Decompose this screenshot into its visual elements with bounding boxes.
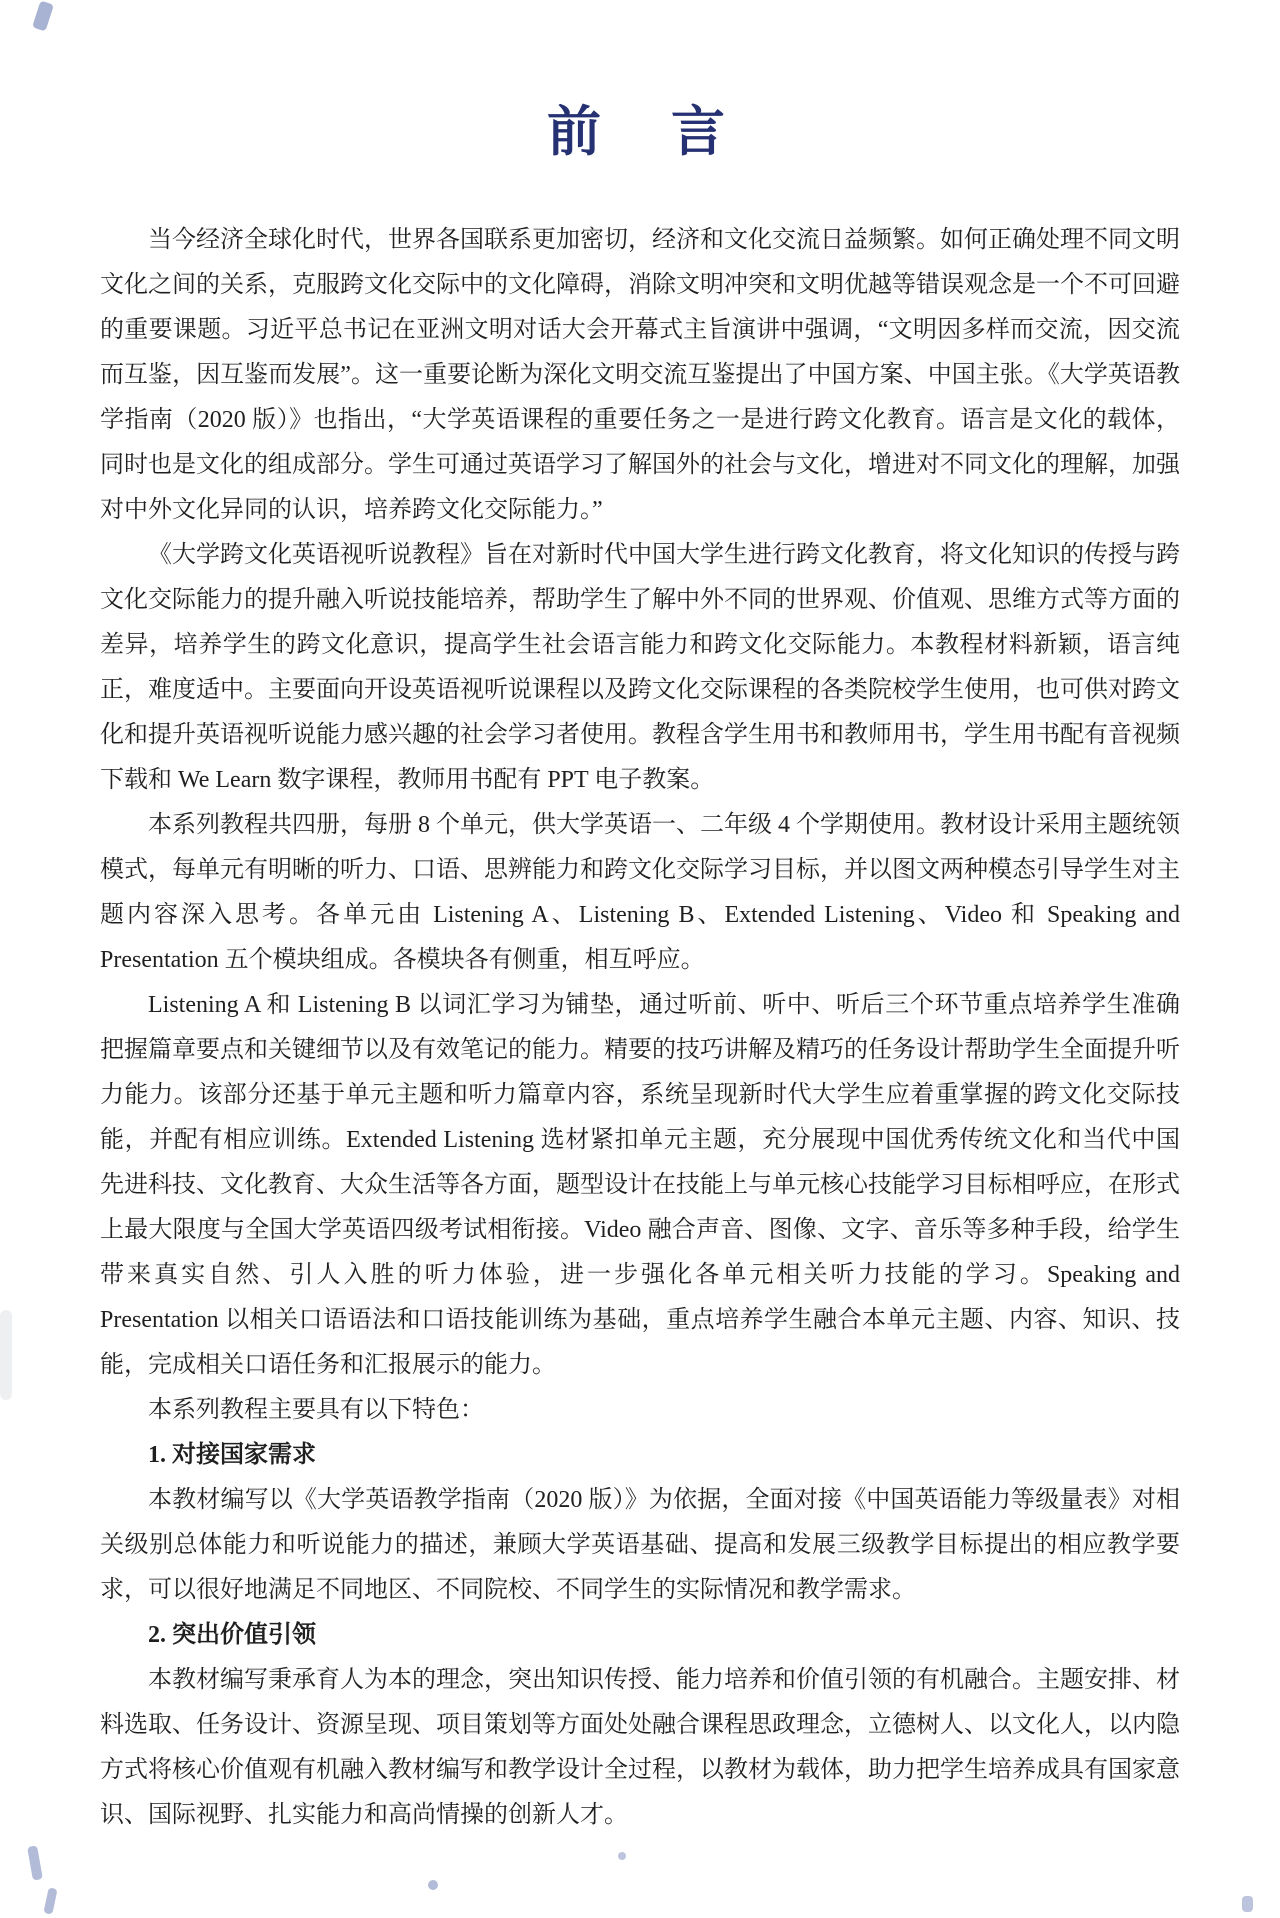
scan-smudge-top-left [32, 1, 54, 32]
scan-smudge-bottom-left-1 [27, 1845, 43, 1880]
paragraph-course-intro: 《大学跨文化英语视听说教程》旨在对新时代中国大学生进行跨文化教育，将文化知识的传… [100, 533, 1180, 803]
paragraph-feature-2: 本教材编写秉承育人为本的理念，突出知识传授、能力培养和价值引领的有机融合。主题安… [100, 1658, 1180, 1838]
paragraph-series-structure: 本系列教程共四册，每册 8 个单元，供大学英语一、二年级 4 个学期使用。教材设… [100, 803, 1180, 983]
page-title: 前 言 [100, 104, 1180, 160]
preface-page: 前 言 当今经济全球化时代，世界各国联系更加密切，经济和文化交流日益频繁。如何正… [0, 0, 1280, 1918]
heading-feature-2: 2. 突出价值引领 [100, 1613, 1180, 1658]
scan-smudge-bottom-left-2 [43, 1887, 57, 1914]
scan-dot-bottom-center-1 [428, 1880, 438, 1890]
scan-smudge-bottom-right [1242, 1896, 1253, 1912]
heading-feature-1: 1. 对接国家需求 [100, 1433, 1180, 1478]
paragraph-module-details: Listening A 和 Listening B 以词汇学习为铺垫，通过听前、… [100, 983, 1180, 1388]
preface-content: 当今经济全球化时代，世界各国联系更加密切，经济和文化交流日益频繁。如何正确处理不… [100, 218, 1180, 1838]
scan-streak-left-edge [0, 1310, 12, 1400]
scan-dot-bottom-center-2 [618, 1852, 626, 1860]
paragraph-features-lead: 本系列教程主要具有以下特色： [100, 1388, 1180, 1433]
paragraph-feature-1: 本教材编写以《大学英语教学指南（2020 版）》为依据，全面对接《中国英语能力等… [100, 1478, 1180, 1613]
paragraph-background: 当今经济全球化时代，世界各国联系更加密切，经济和文化交流日益频繁。如何正确处理不… [100, 218, 1180, 533]
